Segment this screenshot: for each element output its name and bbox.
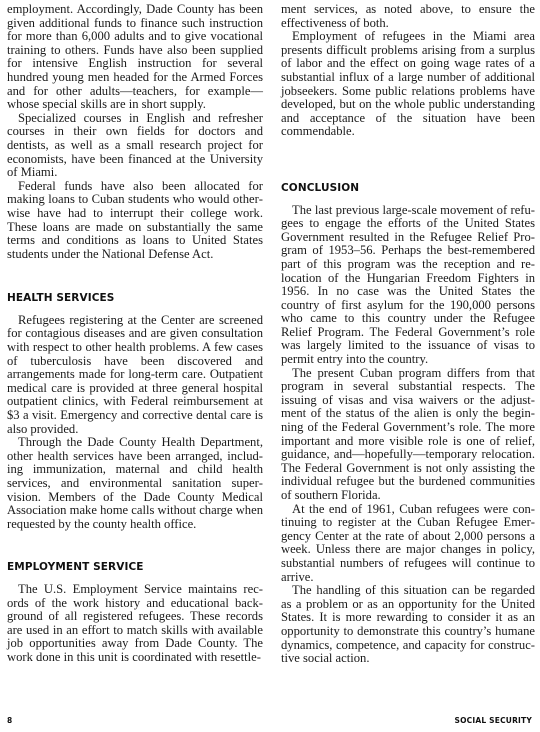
paragraph-resettlement-continuation: ment services, as noted above, to ensure… <box>281 3 535 30</box>
publication-name: SOCIAL SECURITY <box>455 716 533 725</box>
paragraph-cuban-program-differences: The present Cuban program differs from t… <box>281 367 535 503</box>
heading-employment-service: EMPLOYMENT SERVICE <box>7 561 263 575</box>
paragraph-vocational-funding: employment. Accordingly, Dade County has… <box>7 3 263 112</box>
heading-health-services: HEALTH SERVICES <box>7 292 263 306</box>
paragraph-miami-employment: Employment of refugees in the Miami area… <box>281 30 535 139</box>
paragraph-health-department: Through the Dade County Health Departmen… <box>7 436 263 531</box>
paragraph-student-loans: Federal funds have also been allocated f… <box>7 180 263 262</box>
paragraph-specialized-courses: Specialized courses in English and refre… <box>7 112 263 180</box>
page-number: 8 <box>7 716 12 725</box>
heading-conclusion: CONCLUSION <box>281 182 535 196</box>
paragraph-opportunity: The handling of this situation can be re… <box>281 584 535 666</box>
paragraph-end-of-1961: At the end of 1961, Cuban refugees were … <box>281 503 535 585</box>
paragraph-employment-records: The U.S. Employment Service maintains re… <box>7 583 263 665</box>
paragraph-refugee-relief-program: The last previous large-scale movement o… <box>281 204 535 367</box>
paragraph-health-screening: Refugees registering at the Center are s… <box>7 314 263 436</box>
right-column: ment services, as noted above, to ensure… <box>281 3 535 666</box>
left-column: employment. Accordingly, Dade County has… <box>7 3 263 665</box>
